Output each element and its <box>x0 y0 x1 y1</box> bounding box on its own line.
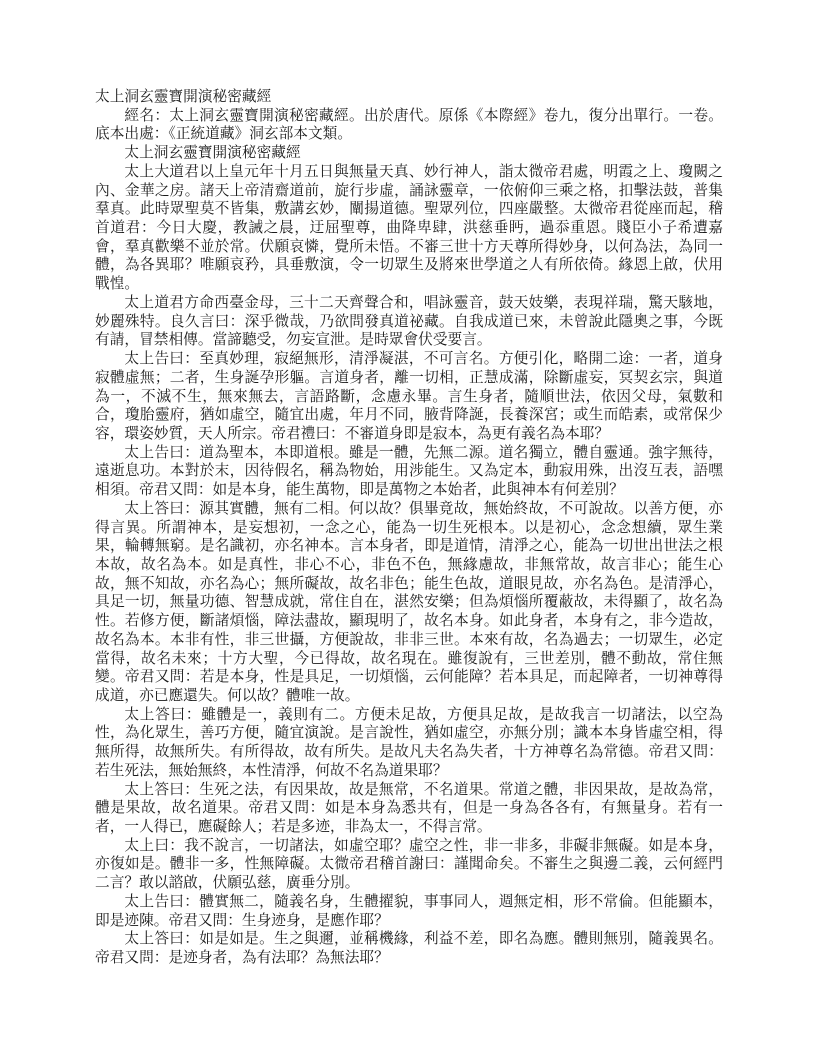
paragraph: 太上大道君以上皇元年十月五日與無量天真、妙行神人，詣太微帝君處，明霞之上、瓊闕之… <box>95 163 723 294</box>
document-heading: 太上洞玄靈寶開演秘密藏經 <box>95 88 723 107</box>
paragraph: 太上答曰：雖體是一，義則有二。方便未足故，方便具足故，是故我言一切諸法，以空為性… <box>95 706 723 781</box>
paragraph: 太上答曰：如是如是。生之與邇，並稱機緣，利益不差，即名為應。體則無別，隨義異名。… <box>95 930 723 967</box>
paragraph: 太上告曰：道為聖本，本即道根。雖是一體，先無二源。道名獨立，體自靈通。強字無待，… <box>95 444 723 500</box>
paragraph: 太上洞玄靈寶開演秘密藏經 <box>95 144 723 163</box>
paragraph: 太上道君方命西臺金母，三十二天齊聲合和，唱詠靈音，鼓天妓樂，表現祥瑞，驚天駭地，… <box>95 294 723 350</box>
paragraph: 太上告曰：體實無二，隨義名身，生體擢貌，事事同人，週無定相，形不常倫。但能顯本，… <box>95 893 723 930</box>
paragraph: 經名：太上洞玄靈寶開演秘密藏經。出於唐代。原係《本際經》卷九，復分出單行。一卷。… <box>95 107 723 144</box>
paragraph: 太上告曰：至真妙理，寂絕無形，清淨凝湛，不可言名。方便引化，略開二途：一者，道身… <box>95 350 723 444</box>
paragraph-container: 經名：太上洞玄靈寶開演秘密藏經。出於唐代。原係《本際經》卷九，復分出單行。一卷。… <box>95 107 723 968</box>
document-content: 太上洞玄靈寶開演秘密藏經 經名：太上洞玄靈寶開演秘密藏經。出於唐代。原係《本際經… <box>95 88 723 968</box>
paragraph: 太上曰：我不說言，一切諸法，如虛空耶？虛空之性，非一非多，非礙非無礙。如是本身，… <box>95 837 723 893</box>
paragraph: 太上答曰：源其實體，無有二相。何以故？俱畢竟故，無始終故，不可說故。以善方便，亦… <box>95 500 723 706</box>
document-page: 太上洞玄靈寶開演秘密藏經 經名：太上洞玄靈寶開演秘密藏經。出於唐代。原係《本際經… <box>0 0 816 1056</box>
paragraph: 太上答曰：生死之法，有因果故，故是無常，不名道果。常道之體，非因果故，是故為常，… <box>95 781 723 837</box>
